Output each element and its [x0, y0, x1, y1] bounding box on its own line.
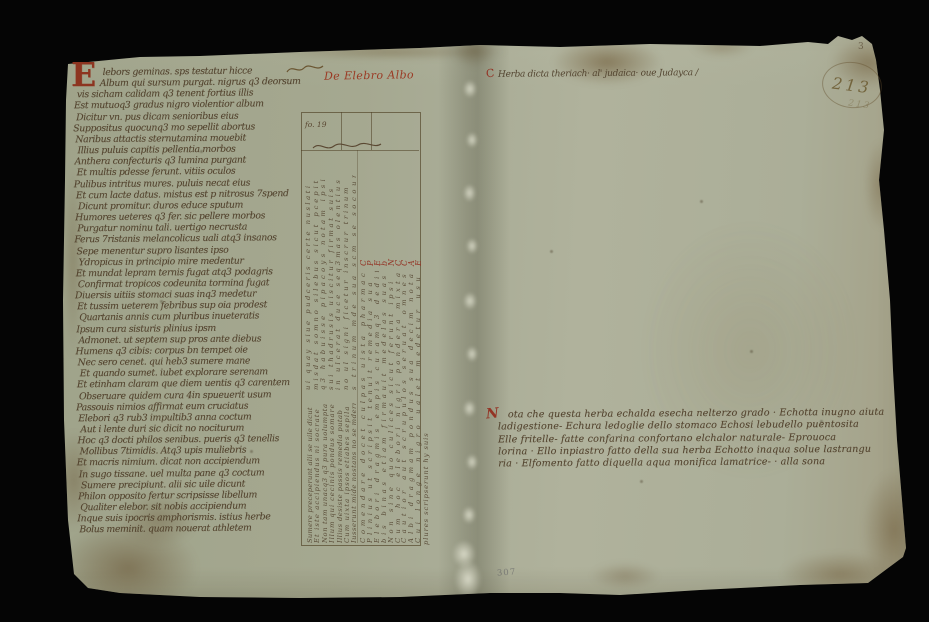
- speck: [700, 200, 703, 203]
- marginal-gloss-line: Iusserunt mide nostans no se mderm: [350, 403, 360, 543]
- gutter-blob: [466, 346, 478, 362]
- stain: [864, 140, 898, 230]
- gutter-blob: [463, 80, 477, 98]
- gutter-blob: [466, 454, 478, 470]
- right-note-paragraph: ota che questa herba echalda esecha nelt…: [498, 407, 890, 471]
- stain: [590, 562, 660, 590]
- chapter-title-rubric: De Elebro Albo: [324, 68, 414, 83]
- title-flourish-icon: [286, 62, 324, 78]
- gutter-blob: [462, 506, 476, 524]
- header-paraph: C: [485, 67, 495, 81]
- folio-reference-label: fo. 19: [305, 120, 326, 129]
- gutter-blob: [466, 132, 478, 148]
- gutter-shadow: [438, 20, 510, 610]
- box-squiggle-icon: [312, 140, 382, 154]
- gutter-blob: [466, 238, 478, 254]
- pencil-foliation: 307: [497, 567, 517, 578]
- gutter-blob: [463, 400, 476, 417]
- gutter-blob: [463, 292, 477, 310]
- speck: [750, 350, 753, 353]
- marginal-gloss-line: plures scripserunt hy suis: [422, 427, 432, 545]
- right-page-header: Herba dicta theriach· al' judaica· oue J…: [498, 68, 698, 80]
- gloss-red-initial: E: [414, 260, 423, 266]
- gutter-blob: [454, 560, 482, 598]
- left-text-column: lebors geminas. sps testatur hicceAlbum …: [75, 65, 318, 536]
- speck: [640, 480, 643, 483]
- speck: [550, 250, 553, 253]
- gutter-blob: [463, 184, 476, 202]
- stain: [780, 552, 900, 596]
- manuscript-photo: E lebors geminas. sps testatur hicceAlbu…: [0, 0, 929, 622]
- corner-mark: 3: [858, 42, 864, 52]
- stain: [690, 36, 754, 58]
